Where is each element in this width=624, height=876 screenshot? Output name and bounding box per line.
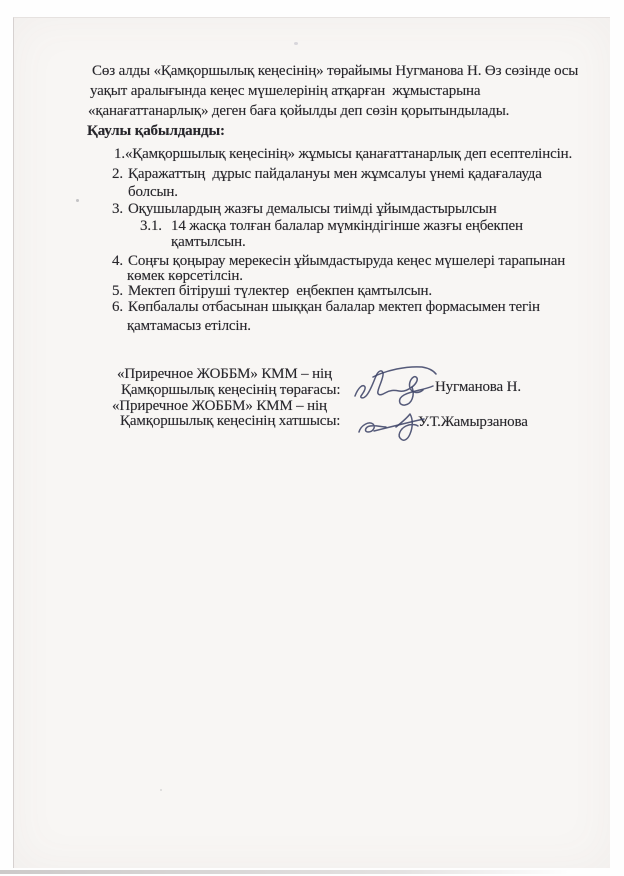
chairman-name: Нугманова Н. — [435, 378, 521, 397]
item-5-text: Мектеп бітіруші түлектер еңбекпен қамтыл… — [128, 283, 432, 299]
resolution-heading: Қаулы қабылданды: — [87, 122, 225, 141]
item-2-number: 2. — [112, 165, 128, 184]
list-item-1: 1.«Қамқоршылық кеңесінің» жұмысы қанағат… — [114, 145, 572, 164]
paragraph-line-1: Сөз алды «Қамқоршылық кеңесінің» төрайым… — [92, 62, 578, 81]
list-item-6-line-1: 6.Көпбалалы отбасынан шыққан балалар мек… — [112, 298, 540, 317]
scan-speck — [160, 789, 162, 791]
list-item-3-1-line-2: қамтылсын. — [171, 233, 246, 252]
item-3-text: Оқушылардың жазғы демалысы тиімді ұйымда… — [128, 201, 497, 217]
item-3-number: 3. — [112, 200, 128, 219]
scanned-document: Сөз алды «Қамқоршылық кеңесінің» төрайым… — [0, 0, 624, 876]
chairman-signature — [348, 360, 442, 408]
item-3-1-number: 3.1. — [140, 217, 171, 236]
secretary-signature — [352, 406, 438, 446]
item-6-text: Көпбалалы отбасынан шыққан балалар мекте… — [128, 299, 540, 315]
item-3-1-text: 14 жасқа толған балалар мүмкіндігінше жа… — [171, 218, 523, 234]
item-1-text: «Қамқоршылық кеңесінің» жұмысы қанағатта… — [125, 146, 572, 162]
item-6-number: 6. — [112, 298, 128, 317]
paragraph-line-3: «қанағаттанарлық» деген баға қойылды деп… — [88, 102, 509, 121]
list-item-6-line-2: қамтамасыз етілсін. — [127, 317, 251, 336]
item-2-text: Қаражаттың дұрыс пайдалануы мен жұмсалуы… — [128, 166, 542, 182]
scan-speck — [76, 199, 79, 202]
list-item-2-line-1: 2.Қаражаттың дұрыс пайдалануы мен жұмсал… — [112, 165, 542, 184]
scan-speck — [294, 42, 298, 45]
scan-bottom-edge — [0, 870, 570, 874]
secretary-role-line: Қамқоршылық кеңесінің хатшысы: — [120, 412, 340, 431]
item-1-number: 1. — [114, 145, 125, 164]
item-4-number: 4. — [112, 252, 128, 271]
paragraph-line-2: уақыт аралығында кеңес мүшелерінің атқар… — [90, 82, 480, 101]
